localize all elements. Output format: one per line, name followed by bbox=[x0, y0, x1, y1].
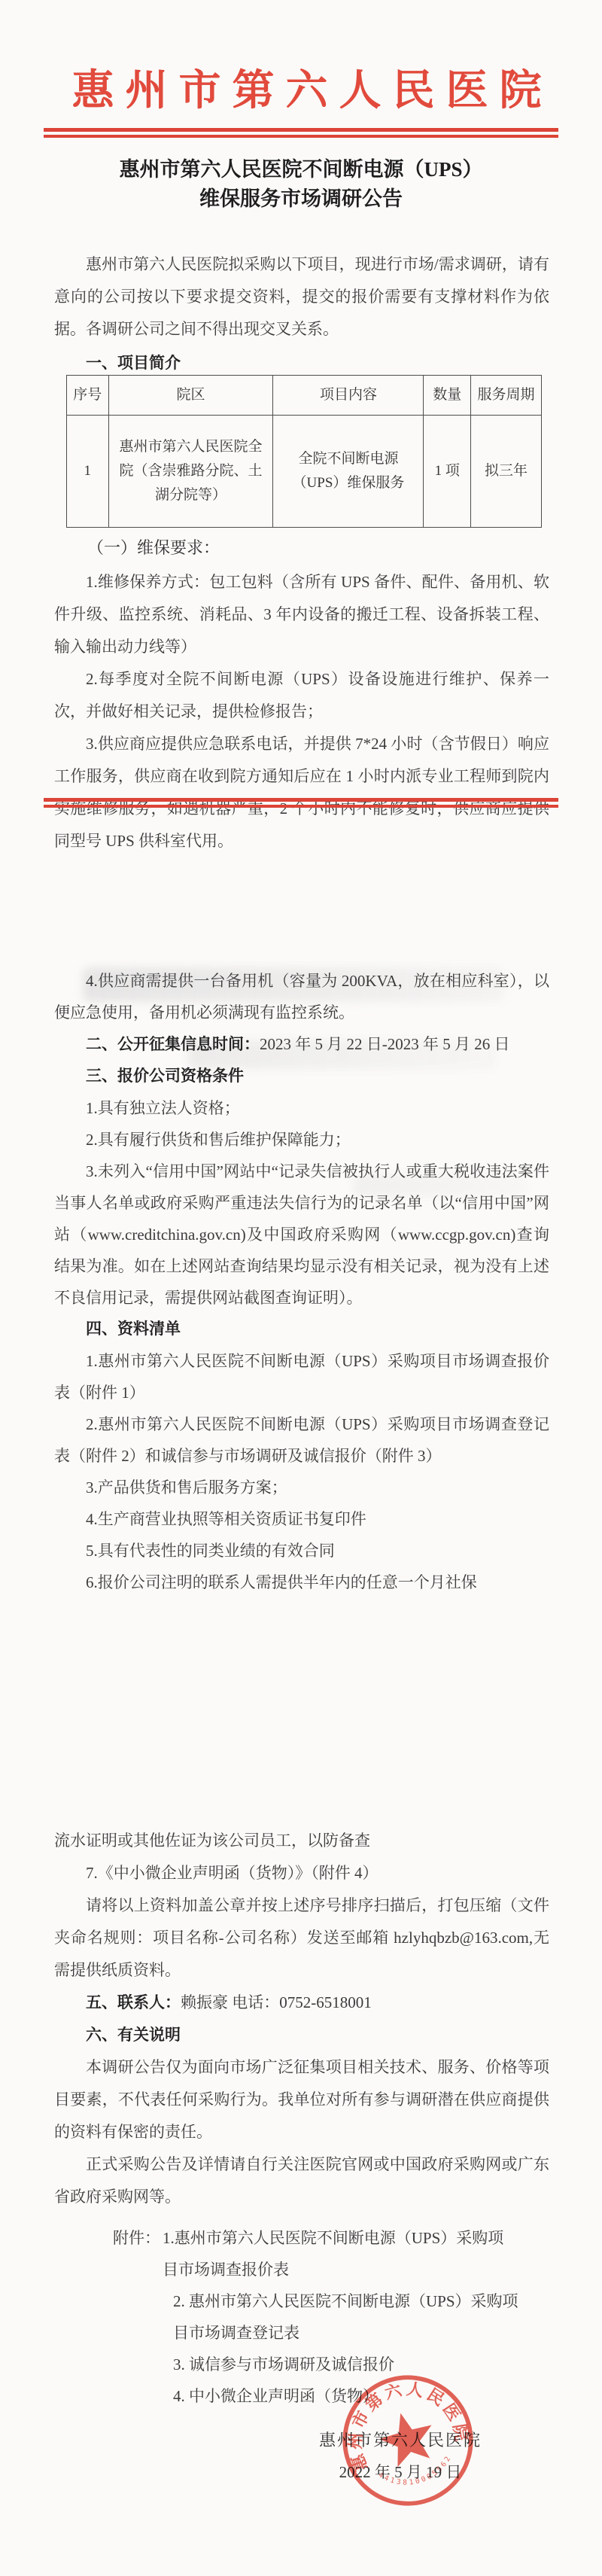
letterhead-hospital-name: 惠州市第六人民医院 bbox=[0, 57, 602, 117]
attachment-item-2: 2. 惠州市第六人民医院不间断电源（UPS）采购项目市场调查登记表 bbox=[163, 2285, 527, 2349]
cell-period: 拟三年 bbox=[470, 416, 541, 528]
intro-text: 惠州市第六人民医院拟采购以下项目，现进行市场/需求调研，请有意向的公司按以下要求… bbox=[54, 248, 549, 346]
document-title-line2: 维保服务市场调研公告 bbox=[0, 184, 602, 214]
page2-letterhead-line bbox=[44, 798, 558, 808]
attachment-item-1: 1.惠州市第六人民医院不间断电源（UPS）采购项目市场调查报价表 bbox=[163, 2222, 516, 2285]
material-item-6-part1: 6.报价公司注明的联系人需提供半年内的任意一个月社保 bbox=[54, 1567, 549, 1598]
maintenance-subheading-block: （一）维保要求： bbox=[54, 531, 549, 564]
col-header-content: 项目内容 bbox=[273, 376, 424, 416]
attachment-row-3: 附件： 3. 诚信参与市场调研及诚信报价 bbox=[54, 2349, 549, 2380]
attachment-row-2: 附件： 2. 惠州市第六人民医院不间断电源（UPS）采购项目市场调查登记表 bbox=[54, 2285, 549, 2349]
cell-campus: 惠州市第六人民医院全院（含崇雅路分院、土湖分院等） bbox=[108, 416, 273, 528]
attachment-item-3: 3. 诚信参与市场调研及诚信报价 bbox=[163, 2349, 527, 2380]
section4-heading: 四、资料清单 bbox=[54, 1314, 549, 1345]
qualification-item-2: 2.具有履行供货和售后维护保障能力； bbox=[54, 1124, 549, 1156]
section5-heading: 五、联系人： bbox=[86, 1994, 181, 2011]
cell-qty: 1 项 bbox=[424, 416, 470, 528]
attachments-list: 附件： 1.惠州市第六人民医院不间断电源（UPS）采购项目市场调查报价表 附件：… bbox=[54, 2222, 549, 2412]
section6-para-1: 本调研公告仅为面向市场广泛征集项目相关技术、服务、价格等项目要素，不代表任何采购… bbox=[54, 2051, 549, 2148]
material-item-3: 3.产品供货和售后服务方案； bbox=[54, 1472, 549, 1503]
col-header-qty: 数量 bbox=[424, 376, 470, 416]
maintenance-item-3: 3.供应商应提供应急联系电话，并提供 7*24 小时（含节假日）响应工作服务，供… bbox=[54, 728, 549, 857]
maintenance-item-1: 1.维修保养方式：包工包料（含所有 UPS 备件、配件、备用机、软件升级、监控系… bbox=[54, 566, 549, 663]
material-item-1: 1.惠州市第六人民医院不间断电源（UPS）采购项目市场调查报价表（附件 1） bbox=[54, 1345, 549, 1408]
material-item-4: 4.生产商营业执照等相关资质证书复印件 bbox=[54, 1503, 549, 1535]
material-item-6-part2: 流水证明或其他佐证为该公司员工，以防备查 bbox=[54, 1825, 549, 1857]
maintenance-subheading: （一）维保要求： bbox=[54, 531, 549, 564]
section5-value: 赖振豪 电话：0752-6518001 bbox=[181, 1993, 372, 2011]
material-item-2: 2.惠州市第六人民医院不间断电源（UPS）采购项目市场调查登记表（附件 2）和诚… bbox=[54, 1408, 549, 1472]
section3-heading: 三、报价公司资格条件 bbox=[54, 1061, 549, 1092]
page3-body: 流水证明或其他佐证为该公司员工，以防备查 7.《中小微企业声明函（货物）》（附件… bbox=[54, 1825, 549, 2213]
qualification-item-1: 1.具有独立法人资格； bbox=[54, 1092, 549, 1124]
section5-line: 五、联系人：赖振豪 电话：0752-6518001 bbox=[54, 1987, 549, 2019]
table-row: 1 惠州市第六人民医院全院（含崇雅路分院、土湖分院等） 全院不间断电源（UPS）… bbox=[67, 416, 542, 528]
section2-value: 2023 年 5 月 22 日-2023 年 5 月 26 日 bbox=[260, 1035, 510, 1053]
page2-body: 4.供应商需提供一台备用机（容量为 200KVA，放在相应科室），以便应急使用，… bbox=[54, 965, 549, 1598]
project-table-header: 序号 院区 项目内容 数量 服务周期 bbox=[67, 376, 542, 416]
maintenance-items-page1: 1.维修保养方式：包工包料（含所有 UPS 备件、配件、备用机、软件升级、监控系… bbox=[54, 566, 549, 857]
attachment-row-1: 附件： 1.惠州市第六人民医院不间断电源（UPS）采购项目市场调查报价表 bbox=[54, 2222, 549, 2285]
material-item-5: 5.具有代表性的同类业绩的有效合同 bbox=[54, 1535, 549, 1567]
intro-paragraph: 惠州市第六人民医院拟采购以下项目，现进行市场/需求调研，请有意向的公司按以下要求… bbox=[54, 248, 549, 346]
document-title: 惠州市第六人民医院不间断电源（UPS） 维保服务市场调研公告 bbox=[0, 155, 602, 214]
section6-para-2: 正式采购公告及详情请自行关注医院官网或中国政府采购网或广东省政府采购网等。 bbox=[54, 2148, 549, 2213]
scanned-document-page: 惠州市第六人民医院 惠州市第六人民医院不间断电源（UPS） 维保服务市场调研公告… bbox=[0, 0, 602, 2576]
cell-content: 全院不间断电源（UPS）维保服务 bbox=[273, 416, 424, 528]
col-header-campus: 院区 bbox=[108, 376, 273, 416]
project-summary-table: 序号 院区 项目内容 数量 服务周期 1 惠州市第六人民医院全院（含崇雅路分院、… bbox=[66, 375, 542, 528]
section2-line: 二、公开征集信息时间：2023 年 5 月 22 日-2023 年 5 月 26… bbox=[54, 1028, 549, 1061]
attachments-label: 附件： bbox=[54, 2222, 163, 2285]
qualification-item-3: 3.未列入“信用中国”网站中“记录失信被执行人或重大税收违法案件当事人名单或政府… bbox=[54, 1156, 549, 1314]
letterhead-divider-line bbox=[44, 128, 558, 138]
packaging-note: 请将以上资料加盖公章并按上述序号排序扫描后，打包压缩（文件夹命名规则：项目名称-… bbox=[54, 1889, 549, 1987]
table-header-row: 序号 院区 项目内容 数量 服务周期 bbox=[67, 376, 542, 416]
maintenance-item-2: 2.每季度对全院不间断电源（UPS）设备设施进行维护、保养一次，并做好相关记录，… bbox=[54, 663, 549, 728]
seal-star-icon bbox=[375, 2406, 440, 2469]
material-item-7: 7.《中小微企业声明函（货物）》（附件 4） bbox=[54, 1857, 549, 1889]
document-title-line1: 惠州市第六人民医院不间断电源（UPS） bbox=[0, 155, 602, 184]
maintenance-item-4: 4.供应商需提供一台备用机（容量为 200KVA，放在相应科室），以便应急使用，… bbox=[54, 965, 549, 1028]
col-header-period: 服务周期 bbox=[470, 376, 541, 416]
section2-heading: 二、公开征集信息时间： bbox=[86, 1036, 260, 1053]
col-header-seq: 序号 bbox=[67, 376, 109, 416]
cell-seq: 1 bbox=[67, 416, 109, 528]
section6-heading: 六、有关说明 bbox=[54, 2019, 549, 2051]
attachment-row-4: 附件： 4. 中小微企业声明函（货物） bbox=[54, 2380, 549, 2412]
